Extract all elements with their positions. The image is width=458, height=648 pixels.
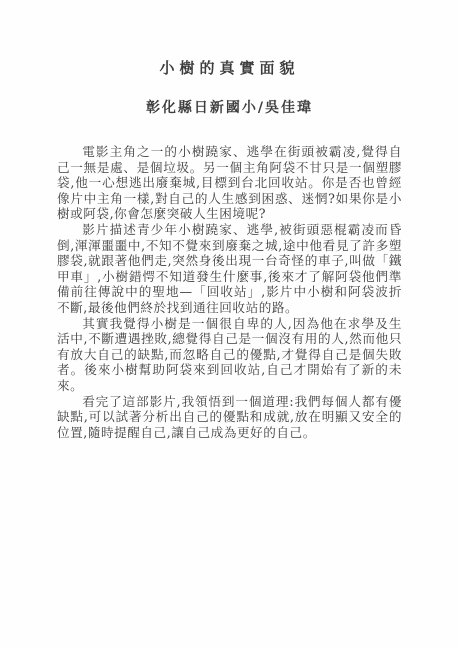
essay-paragraph-2: 影片描述青少年小樹蹺家、逃學,被街頭惡棍霸凌而昏倒,渾渾噩噩中,不知不覺來到廢棄… xyxy=(57,222,402,316)
essay-author-line: 彰化縣日新國小/吳佳瑋 xyxy=(57,97,402,117)
essay-title: 小樹的真實面貌 xyxy=(57,57,402,78)
document-page: 小樹的真實面貌 彰化縣日新國小/吳佳瑋 電影主角之一的小樹蹺家、逃學在街頭被霸凌… xyxy=(0,0,458,648)
essay-paragraph-1: 電影主角之一的小樹蹺家、逃學在街頭被霸凌,覺得自己一無是處、是個垃圾。另一個主角… xyxy=(57,144,402,222)
essay-body: 電影主角之一的小樹蹺家、逃學在街頭被霸凌,覺得自己一無是處、是個垃圾。另一個主角… xyxy=(57,144,402,440)
essay-paragraph-3: 其實我覺得小樹是一個很自卑的人,因為他在求學及生活中,不斷遭遇挫敗,總覺得自己是… xyxy=(57,316,402,394)
essay-paragraph-4: 看完了這部影片,我領悟到一個道理:我們每個人都有優缺點,可以試著分析出自己的優點… xyxy=(57,394,402,441)
